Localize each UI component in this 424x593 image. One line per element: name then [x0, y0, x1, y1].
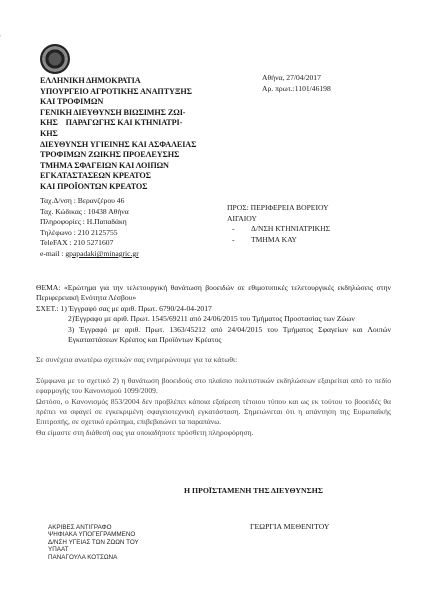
header-line: ΚΗΣ [40, 129, 196, 140]
header-line: ΥΠΟΥΡΓΕΙΟ ΑΓΡΟΤΙΚΗΣ ΑΝΑΠΤΥΞΗΣ [40, 87, 196, 98]
stamp-line: ΨΗΦΙΑΚΑ ΥΠΟΓΕΓΡΑΜΜΕΝΟ [48, 531, 139, 538]
header-line: ΚΑΙ ΤΡΟΦΙΜΩΝ [40, 97, 196, 108]
scan-fold-line [0, 35, 41, 95]
state-emblem-icon [40, 44, 70, 74]
recipient-line: ΑΙΓΑΙΟΥ [227, 214, 330, 225]
header-line: ΔΙΕΥΘΥΝΣΗ ΥΓΙΕΙΝΗΣ ΚΑΙ ΑΣΦΑΛΕΙΑΣ [40, 140, 196, 151]
reference-3: 3) Έγγραφό με αριθ. Πρωτ. 1363/45212 από… [36, 325, 391, 346]
document-date: Αθήνα, 27/04/2017 [262, 72, 331, 83]
reference-1: ΣΧΕΤ.: 1) Έγγραφό σας με αριθ. Πρωτ. 679… [36, 304, 391, 314]
signatory-title: Η ΠΡΟΪΣΤΑΜΕΝΗ ΤΗΣ ΔΙΕΥΘΥΝΣΗΣ [184, 486, 323, 495]
intro: Σε συνέχεια ανωτέρω σχετικών σας ενημερώ… [36, 355, 391, 365]
header-line: ΤΡΟΦΙΜΩΝ ΖΩΙΚΗΣ ΠΡΟΕΛΕΥΣΗΣ [40, 150, 196, 161]
header-line: ΤΜΗΜΑ ΣΦΑΓΕΙΩΝ ΚΑΙ ΛΟΙΠΩΝ [40, 161, 196, 172]
stamp-line: ΑΚΡΙΒΕΣ ΑΝΤΙΓΡΑΦΟ [48, 524, 139, 531]
header-line: ΚΗΣ ΠΑΡΑΓΩΓΗΣ ΚΑΙ ΚΤΗΝΙΑΤΡΙ- [40, 118, 196, 129]
contact-email-row: e-mail : gpapadaki@minagric.gr [40, 249, 139, 260]
stamp-line: ΠΑΝΑΓΟΥΛΑ ΚΟΤΣΩΝΑ [48, 554, 139, 561]
header-line: ΚΑΙ ΠΡΟΪΟΝΤΩΝ ΚΡΕΑΤΟΣ [40, 182, 196, 193]
contact-phone: Τηλέφωνο : 210 2125755 [40, 228, 139, 239]
stamp-line: Δ/ΝΣΗ ΥΓΕΙΑΣ ΤΩΝ ΖΩΩΝ ΤΟΥ [48, 539, 139, 546]
header-line: ΓΕΝΙΚΗ ΔΙΕΥΘΥΝΣΗ ΒΙΩΣΙΜΗΣ ΖΩΙ- [40, 108, 196, 119]
protocol-number: Αρ. πρωτ.:1101/46198 [262, 83, 331, 94]
recipient-line: ΠΡΟΣ: ΠΕΡΙΦΕΡΕΙΑ ΒΟΡΕΙΟΥ [227, 203, 330, 214]
contact-block: Ταχ.Δ/νση : Βερανζέρου 46 Ταχ. Κώδικας :… [40, 196, 139, 260]
contact-postal: Ταχ. Κώδικας : 10438 Αθήνα [40, 207, 139, 218]
issuer-header: ΕΛΛΗΝΙΚΗ ΔΗΜΟΚΡΑΤΙΑ ΥΠΟΥΡΓΕΙΟ ΑΓΡΟΤΙΚΗΣ … [40, 76, 196, 193]
recipient-item: ΤΜΗΜΑ ΚΑΥ [227, 235, 330, 246]
closing: Θα είμαστε στη διάθεσή σας για οποιαδήπο… [36, 428, 391, 438]
signatory-name: ΓΕΩΡΓΙΑ ΜΕΘΕΝΙΤΟΥ [250, 522, 329, 531]
stamp-line: ΥΠΑΑΤ [48, 546, 139, 553]
email-link[interactable]: gpapadaki@minagric.gr [65, 249, 138, 258]
recipient-block: ΠΡΟΣ: ΠΕΡΙΦΕΡΕΙΑ ΒΟΡΕΙΟΥ ΑΙΓΑΙΟΥ Δ/ΝΣΗ Κ… [227, 203, 330, 245]
contact-fax: TeleFAX : 210 5271607 [40, 238, 139, 249]
paragraph-1: Σύμφωνα με το σχετικό 2) η θανάτωση βοοε… [36, 376, 391, 397]
paragraph-2: Ωστόσο, ο Κανονισμός 853/2004 δεν προβλέ… [36, 397, 391, 428]
email-label: e-mail : [40, 249, 65, 258]
document-meta: Αθήνα, 27/04/2017 Αρ. πρωτ.:1101/46198 [262, 72, 331, 94]
subject: ΘΕΜΑ: «Ερώτημα για την τελετουργική θανά… [36, 283, 391, 304]
reference-2: 2)Έγγραφο με αριθ. Πρωτ. 1545/69211 από … [36, 314, 391, 324]
contact-address: Ταχ.Δ/νση : Βερανζέρου 46 [40, 196, 139, 207]
certified-copy-stamp: ΑΚΡΙΒΕΣ ΑΝΤΙΓΡΑΦΟ ΨΗΦΙΑΚΑ ΥΠΟΓΕΓΡΑΜΜΕΝΟ … [48, 524, 139, 561]
contact-info: Πληροφορίες : Η.Παπαδάκη [40, 217, 139, 228]
header-line: ΕΓΚΑΤΑΣΤΑΣΕΩΝ ΚΡΕΑΤΟΣ [40, 171, 196, 182]
recipient-item: Δ/ΝΣΗ ΚΤΗΝΙΑΤΡΙΚΗΣ [227, 224, 330, 235]
letter-body: ΘΕΜΑ: «Ερώτημα για την τελετουργική θανά… [36, 283, 391, 438]
header-line: ΕΛΛΗΝΙΚΗ ΔΗΜΟΚΡΑΤΙΑ [40, 76, 196, 87]
